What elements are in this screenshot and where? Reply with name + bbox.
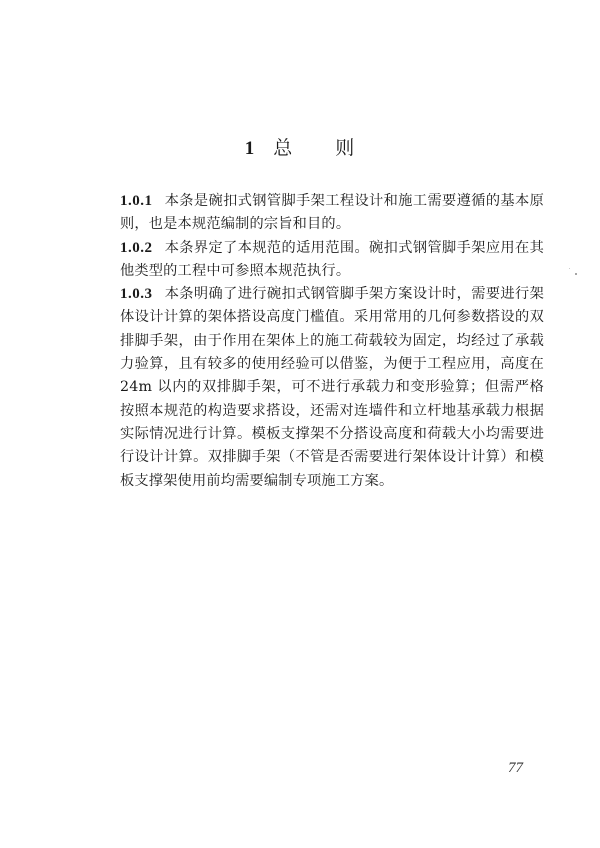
clause-text: 本条是碗扣式钢管脚手架工程设计和施工需要遵循的基本原则，也是本规范编制的宗旨和目…	[120, 193, 544, 232]
page-number: 77	[508, 760, 523, 777]
clause-number: 1.0.1	[120, 193, 153, 209]
scan-speck	[569, 268, 570, 269]
chapter-number: 1	[245, 138, 256, 159]
chapter-title-char-1: 总	[273, 137, 293, 159]
clause-text: 本条明确了进行碗扣式钢管脚手架方案设计时，需要进行架体设计计算的架体搭设高度门槛…	[120, 286, 544, 488]
document-page: 1总则 1.0.1本条是碗扣式钢管脚手架工程设计和施工需要遵循的基本原则，也是本…	[0, 0, 600, 848]
chapter-title-char-2: 则	[335, 137, 355, 159]
chapter-body: 1.0.1本条是碗扣式钢管脚手架工程设计和施工需要遵循的基本原则，也是本规范编制…	[120, 190, 544, 493]
clause-number: 1.0.3	[120, 286, 153, 302]
scan-speck	[575, 273, 577, 275]
clause-1-0-3: 1.0.3本条明确了进行碗扣式钢管脚手架方案设计时，需要进行架体设计计算的架体搭…	[120, 283, 544, 493]
chapter-title: 1总则	[0, 133, 600, 160]
clause-1-0-1: 1.0.1本条是碗扣式钢管脚手架工程设计和施工需要遵循的基本原则，也是本规范编制…	[120, 190, 544, 237]
clause-1-0-2: 1.0.2本条界定了本规范的适用范围。碗扣式钢管脚手架应用在其他类型的工程中可参…	[120, 237, 544, 284]
clause-text: 本条界定了本规范的适用范围。碗扣式钢管脚手架应用在其他类型的工程中可参照本规范执…	[120, 240, 544, 279]
clause-number: 1.0.2	[120, 240, 153, 256]
